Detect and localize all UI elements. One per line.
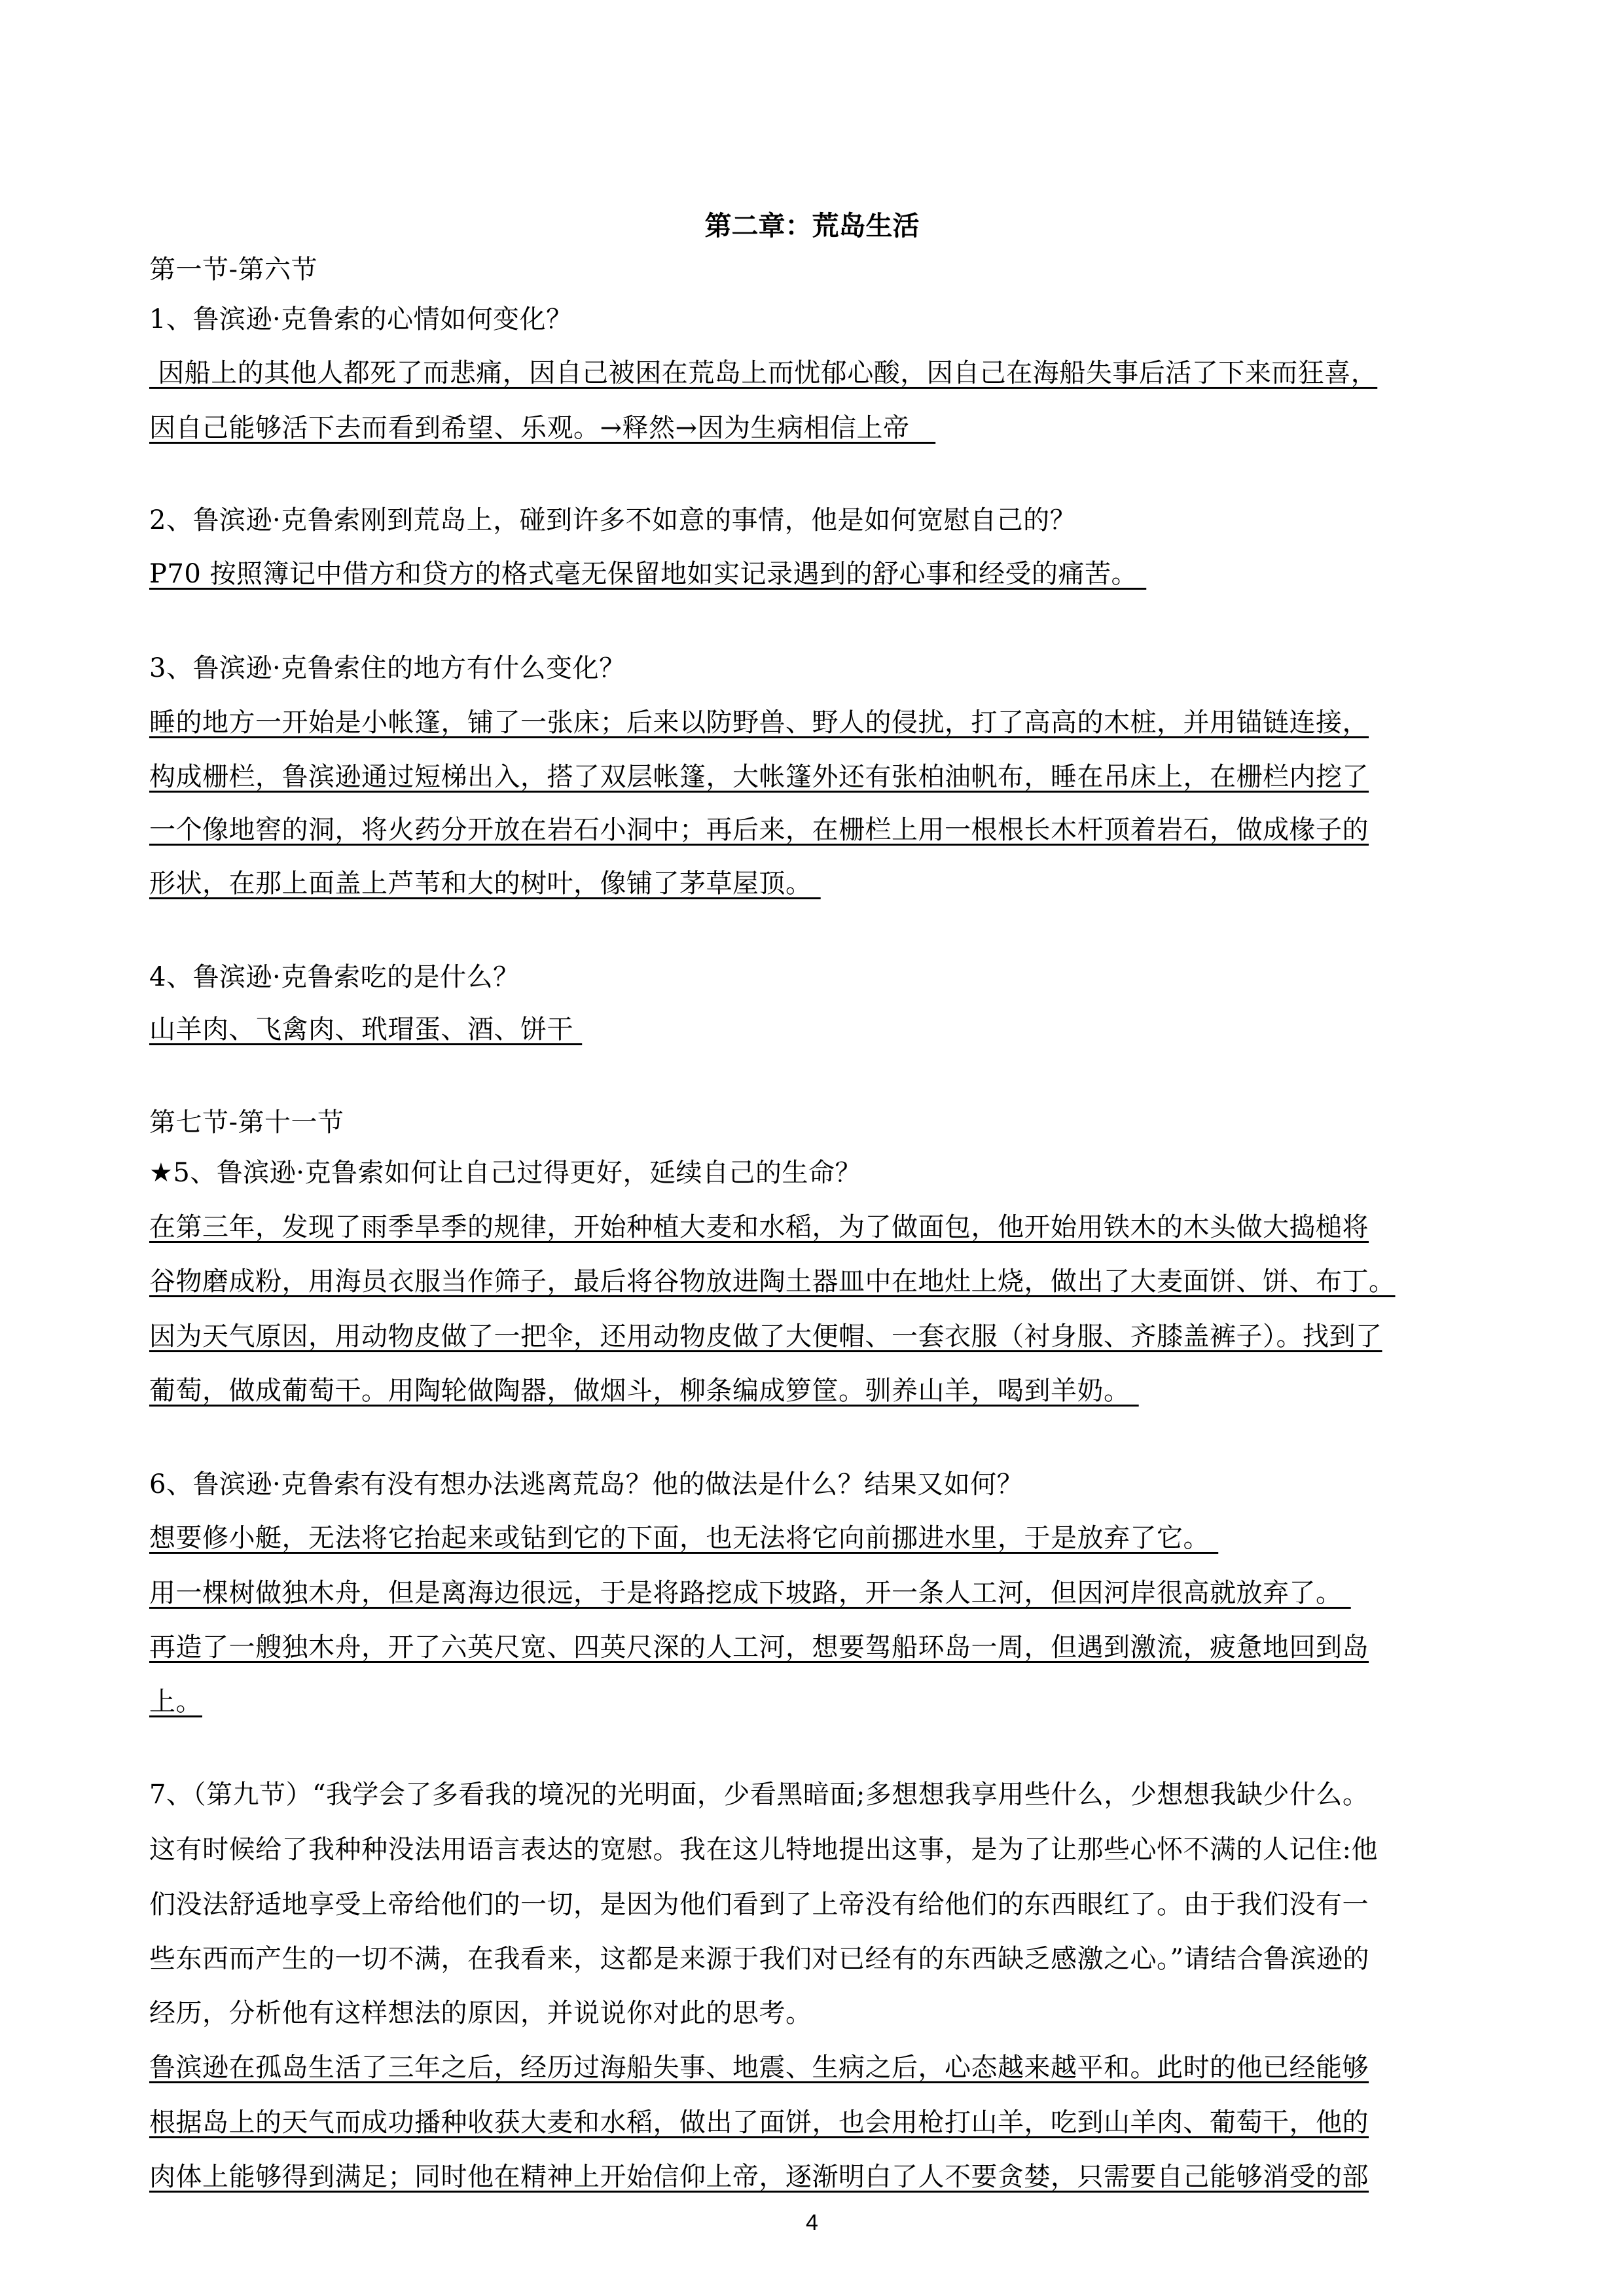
section-heading: 第七节-第十一节 [149, 1104, 1485, 1141]
answer-3-line-1: 睡的地方一开始是小帐篷，铺了一张床；后来以防野兽、野人的侵扰，打了高高的木桩，并… [149, 708, 1369, 738]
section-heading: 第一节-第六节 [149, 251, 1485, 288]
answer-2-line-1: P70 按照簿记中借方和贷方的格式毫无保留地如实记录遇到的舒心事和经受的痛苦。 [149, 559, 1146, 589]
question-7-line-4: 些东西而产生的一切不满，在我看来，这都是来源于我们对已经有的东西缺乏感激之心。”… [149, 1941, 1485, 1977]
answer-3-line-3: 一个像地窖的洞，将火药分开放在岩石小洞中；再后来，在栅栏上用一根根长木杆顶着岩石… [149, 815, 1369, 845]
answer-4-line-1: 山羊肉、飞禽肉、玳瑁蛋、酒、饼干 [149, 1014, 582, 1045]
answer-3-line-4: 形状，在那上面盖上芦苇和大的树叶，像铺了茅草屋顶。 [149, 869, 821, 899]
document-page: 第二章：荒岛生活 第一节-第六节 1、鲁滨逊·克鲁索的心情如何变化？ 因船上的其… [0, 0, 1624, 2296]
answer-7-line-3: 肉体上能够得到满足；同时他在精神上开始信仰上帝，逐渐明白了人不要贪婪，只需要自己… [149, 2162, 1369, 2192]
question-7-line-5: 经历，分析他有这样想法的原因，并说说你对此的思考。 [149, 1995, 1485, 2032]
answer-6-line-3: 再造了一艘独木舟，开了六英尺宽、四英尺深的人工河，想要驾船环岛一周，但遇到激流，… [149, 1632, 1369, 1662]
answer-7-line-1: 鲁滨逊在孤岛生活了三年之后，经历过海船失事、地震、生病之后，心态越来越平和。此时… [149, 2053, 1369, 2083]
answer-7-line-2: 根据岛上的天气而成功播种收获大麦和水稻，做出了面饼，也会用枪打山羊，吃到山羊肉、… [149, 2108, 1369, 2138]
answer-5-line-1: 在第三年，发现了雨季旱季的规律，开始种植大麦和水稻，为了做面包，他开始用铁木的木… [149, 1212, 1369, 1242]
question-5: ★5、鲁滨逊·克鲁索如何让自己过得更好，延续自己的生命？ [149, 1155, 1485, 1191]
question-3: 3、鲁滨逊·克鲁索住的地方有什么变化？ [149, 650, 1485, 687]
question-6: 6、鲁滨逊·克鲁索有没有想办法逃离荒岛？他的做法是什么？结果又如何？ [149, 1466, 1485, 1503]
answer-3-line-2: 构成栅栏，鲁滨逊通过短梯出入，搭了双层帐篷，大帐篷外还有张柏油帆布，睡在吊床上，… [149, 762, 1369, 792]
page-number: 4 [0, 2210, 1624, 2236]
answer-5-line-4: 葡萄，做成葡萄干。用陶轮做陶器，做烟斗，柳条编成箩筐。驯养山羊，喝到羊奶。 [149, 1376, 1139, 1406]
answer-6-line-2: 用一棵树做独木舟，但是离海边很远，于是将路挖成下坡路，开一条人工河，但因河岸很高… [149, 1578, 1351, 1608]
answer-6-line-4: 上。 [149, 1687, 202, 1717]
answer-6-line-1: 想要修小艇，无法将它抬起来或钻到它的下面，也无法将它向前挪进水里，于是放弃了它。 [149, 1523, 1218, 1553]
answer-1-line-2: 因自己能够活下去而看到希望、乐观。→释然→因为生病相信上帝 [149, 413, 935, 443]
answer-1-line-1: 因船上的其他人都死了而悲痛，因自己被困在荒岛上而忧郁心酸，因自己在海船失事后活了… [149, 358, 1377, 388]
answer-5-line-3: 因为天气原因，用动物皮做了一把伞，还用动物皮做了大便帽、一套衣服（衬身服、齐膝盖… [149, 1321, 1382, 1352]
chapter-title: 第二章：荒岛生活 [0, 207, 1624, 244]
question-7-line-2: 这有时候给了我种种没法用语言表达的宽慰。我在这儿特地提出这事，是为了让那些心怀不… [149, 1831, 1485, 1868]
question-4: 4、鲁滨逊·克鲁索吃的是什么？ [149, 959, 1485, 996]
question-1: 1、鲁滨逊·克鲁索的心情如何变化？ [149, 301, 1485, 338]
question-2: 2、鲁滨逊·克鲁索刚到荒岛上，碰到许多不如意的事情，他是如何宽慰自己的？ [149, 502, 1485, 539]
star-icon: ★ [149, 1158, 173, 1188]
question-5-text: 5、鲁滨逊·克鲁索如何让自己过得更好，延续自己的生命？ [173, 1158, 861, 1188]
answer-5-line-2: 谷物磨成粉，用海员衣服当作筛子，最后将谷物放进陶土器皿中在地灶上烧，做出了大麦面… [149, 1266, 1396, 1297]
question-7-line-3: 们没法舒适地享受上帝给他们的一切，是因为他们看到了上帝没有给他们的东西眼红了。由… [149, 1886, 1485, 1923]
question-7-line-1: 7、（第九节）“我学会了多看我的境况的光明面，少看黑暗面;多想想我享用些什么，少… [149, 1776, 1485, 1813]
